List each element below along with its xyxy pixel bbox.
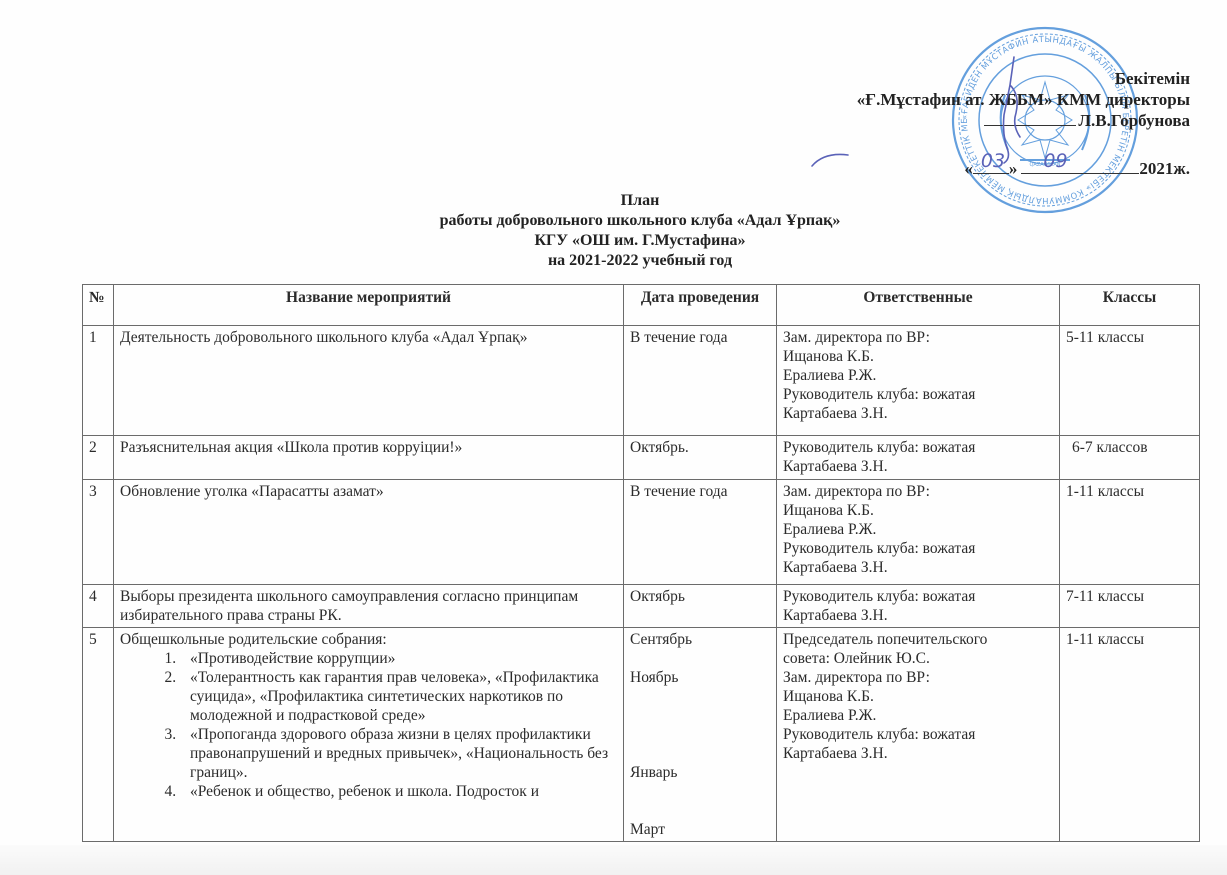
approved-label: Бекітемін xyxy=(750,68,1190,89)
event-date: Ноябрь xyxy=(630,668,770,687)
responsible-line: Руководитель клуба: вожатая xyxy=(783,385,1053,404)
scan-shadow xyxy=(0,845,1227,875)
header-name: Название мероприятий xyxy=(114,285,624,326)
header-date: Дата проведения xyxy=(624,285,777,326)
date-month: 09 xyxy=(1043,151,1067,172)
event-classes: 7-11 классы xyxy=(1060,585,1200,628)
date-open-quote: « xyxy=(964,159,973,178)
event-date: В течение года xyxy=(624,480,777,585)
event-classes: 6-7 классов xyxy=(1060,436,1200,480)
responsible-line: Руководитель клуба: вожатая xyxy=(783,587,1053,606)
row-num: 5 xyxy=(83,628,114,842)
responsible-line: Зам. директора по ВР: xyxy=(783,668,1053,687)
organization-line: «Ғ.Мұстафин ат. ЖББМ» КММ директоры xyxy=(750,89,1190,110)
responsible-line: Картабаева З.Н. xyxy=(783,744,1053,763)
responsible-line: Руководитель клуба: вожатая xyxy=(783,539,1053,558)
table-row: 2 Разъяснительная акция «Школа против ко… xyxy=(83,436,1200,480)
event-date: Январь xyxy=(630,763,770,782)
responsible-line: Руководитель клуба: вожатая xyxy=(783,438,1053,457)
event-responsible: Зам. директора по ВР: Ищанова К.Б. Ерали… xyxy=(777,326,1060,436)
header-classes: Классы xyxy=(1060,285,1200,326)
responsible-line: Ералиева Р.Ж. xyxy=(783,706,1053,725)
row-num: 2 xyxy=(83,436,114,480)
responsible-line: Председатель попечительского xyxy=(783,630,1053,649)
header-responsible: Ответственные xyxy=(777,285,1060,326)
meeting-item: «Пропоганда здорового образа жизни в цел… xyxy=(180,725,617,782)
event-classes: 5-11 классы xyxy=(1060,326,1200,436)
event-date: В течение года xyxy=(624,326,777,436)
meeting-item: «Противодействие коррупции» xyxy=(180,649,617,668)
director-name: Л.В.Горбунова xyxy=(1078,111,1190,130)
responsible-line: совета: Олейник Ю.С. xyxy=(783,649,1053,668)
meeting-list: «Противодействие коррупции» «Толерантнос… xyxy=(120,649,617,801)
event-classes: 1-11 классы xyxy=(1060,628,1200,842)
responsible-line: Картабаева З.Н. xyxy=(783,606,1053,625)
event-name-heading: Общешкольные родительские собрания: xyxy=(120,630,617,649)
title-line-4: на 2021-2022 учебный год xyxy=(0,251,1227,271)
header-num: № xyxy=(83,285,114,326)
title-line-3: КГУ «ОШ им. Г.Мустафина» xyxy=(0,231,1227,251)
event-name: Общешкольные родительские собрания: «Про… xyxy=(114,628,624,842)
responsible-line: Ищанова К.Б. xyxy=(783,501,1053,520)
responsible-line: Зам. директора по ВР: xyxy=(783,482,1053,501)
table-row: 3 Обновление уголка «Парасатты азамат» В… xyxy=(83,480,1200,585)
row-num: 1 xyxy=(83,326,114,436)
event-responsible: Руководитель клуба: вожатая Картабаева З… xyxy=(777,436,1060,480)
responsible-line: Ищанова К.Б. xyxy=(783,347,1053,366)
event-classes: 1-11 классы xyxy=(1060,480,1200,585)
event-name: Деятельность добровольного школьного клу… xyxy=(114,326,624,436)
plan-table: № Название мероприятий Дата проведения О… xyxy=(82,284,1200,842)
date-month-blank: 09 xyxy=(1021,155,1139,174)
approval-block: Бекітемін «Ғ.Мұстафин ат. ЖББМ» КММ дире… xyxy=(750,68,1190,179)
row-num: 4 xyxy=(83,585,114,628)
director-line: Л.В.Горбунова xyxy=(750,110,1190,131)
event-name: Разъяснительная акция «Школа против корр… xyxy=(114,436,624,480)
meeting-item: «Толерантность как гарантия прав человек… xyxy=(180,668,617,725)
event-date: Октябрь. xyxy=(624,436,777,480)
responsible-line: Руководитель клуба: вожатая xyxy=(783,725,1053,744)
date-year: 2021ж. xyxy=(1139,159,1190,178)
responsible-line: Ералиева Р.Ж. xyxy=(783,520,1053,539)
event-date: Март xyxy=(630,820,770,839)
responsible-line: Ералиева Р.Ж. xyxy=(783,366,1053,385)
responsible-line: Картабаева З.Н. xyxy=(783,457,1053,476)
responsible-line: Картабаева З.Н. xyxy=(783,558,1053,577)
responsible-line: Ищанова К.Б. xyxy=(783,687,1053,706)
table-row: 5 Общешкольные родительские собрания: «П… xyxy=(83,628,1200,842)
event-responsible: Зам. директора по ВР: Ищанова К.Б. Ерали… xyxy=(777,480,1060,585)
event-responsible: Руководитель клуба: вожатая Картабаева З… xyxy=(777,585,1060,628)
table-row: 4 Выборы президента школьного самоуправл… xyxy=(83,585,1200,628)
meeting-item: «Ребенок и общество, ребенок и школа. По… xyxy=(180,782,617,801)
row-num: 3 xyxy=(83,480,114,585)
signature-icon xyxy=(990,55,1030,165)
event-dates: Сентябрь Ноябрь Январь Март xyxy=(624,628,777,842)
event-date: Сентябрь xyxy=(630,630,770,649)
event-name: Обновление уголка «Парасатты азамат» xyxy=(114,480,624,585)
responsible-line: Зам. директора по ВР: xyxy=(783,328,1053,347)
approval-date: «03»092021ж. xyxy=(750,155,1190,179)
event-date: Октябрь xyxy=(624,585,777,628)
event-name: Выборы президента школьного самоуправлен… xyxy=(114,585,624,628)
responsible-line: Картабаева З.Н. xyxy=(783,404,1053,423)
event-responsible: Председатель попечительского совета: Оле… xyxy=(777,628,1060,842)
table-header-row: № Название мероприятий Дата проведения О… xyxy=(83,285,1200,326)
table-row: 1 Деятельность добровольного школьного к… xyxy=(83,326,1200,436)
